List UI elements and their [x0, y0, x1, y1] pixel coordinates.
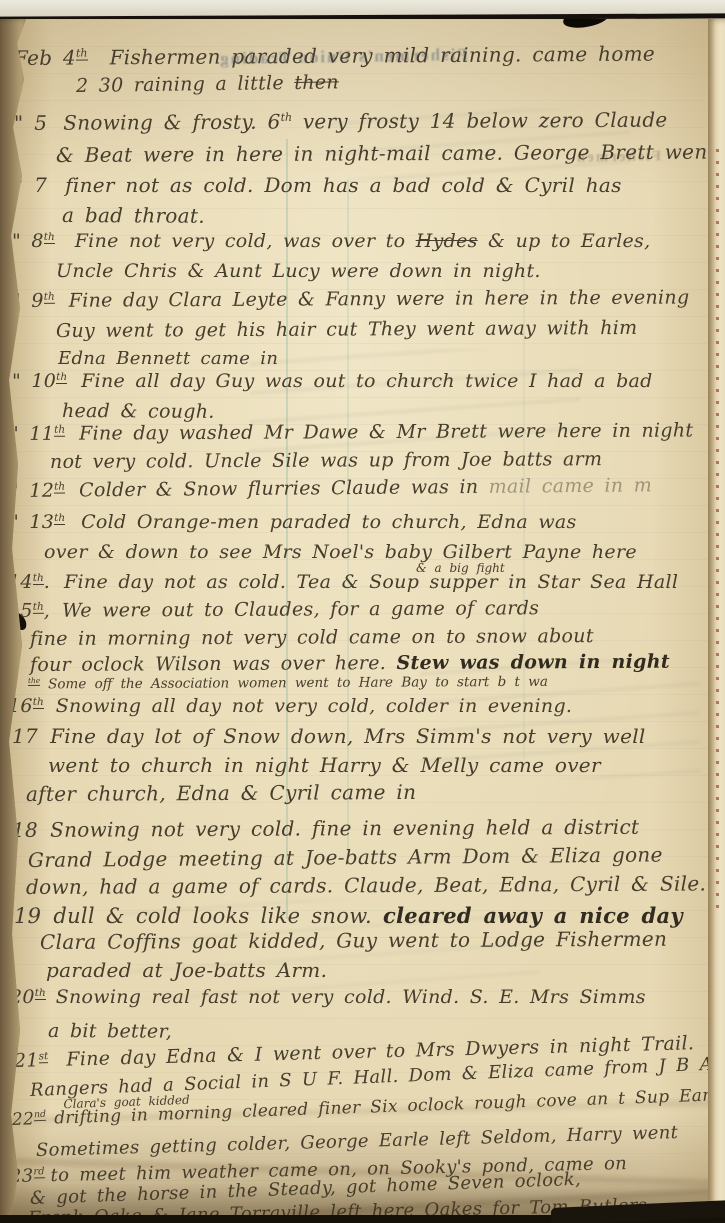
entry-date: " 8th [12, 231, 55, 252]
diary-line-15: not very cold. Uncle Sile was up from Jo… [50, 449, 602, 473]
entry-text: & Beat were in here in night-mail came. … [56, 139, 725, 167]
diary-line-17: " 13thCold Orange-men paraded to church,… [10, 512, 577, 533]
entry-date: 17 [12, 725, 38, 747]
diary-line-22: four oclock Wilson was over here. Stew w… [30, 652, 670, 676]
entry-text: Edna Bennett came in [58, 348, 278, 369]
entry-date: " 11th [10, 424, 65, 445]
entry-text: We were out to Claudes, for a game of ca… [62, 597, 539, 621]
diary-line-25: 17Fine day lot of Snow down, Mrs Simm's … [12, 725, 646, 747]
entry-text: Snowing & frosty. 6th very frosty 14 bel… [63, 108, 667, 135]
diary-line-31: 19dull & cold looks like snow. cleared a… [14, 904, 683, 928]
entry-text: dull & cold looks like snow. cleared awa… [53, 904, 683, 928]
entry-text: Clara Coffins goat kidded, Guy went to L… [40, 927, 667, 954]
entry-text: fine in morning not very cold came on to… [30, 625, 594, 650]
diary-line-30: down, had a game of cards. Claude, Beat,… [26, 872, 706, 898]
diary-line-2: 2 30 raining a little then [76, 72, 339, 97]
entry-text: Fine day Clara Leyte & Fanny were in her… [69, 286, 690, 311]
diary-line-10: Guy went to get his hair cut They went a… [56, 318, 638, 342]
diary-line-27: after church, Edna & Cyril came in [26, 781, 416, 805]
entry-text: Fine day washed Mr Dawe & Mr Brett were … [79, 419, 693, 444]
entry-date: " 5 [14, 112, 47, 134]
entry-date: Feb 4th [14, 46, 88, 69]
entry-text: Snowing not very cold. fine in evening h… [50, 815, 639, 842]
entry-text: Fine day not as cold. Tea & Soup supper … [64, 571, 678, 593]
entry-text: 2 30 raining a little then [76, 71, 339, 97]
entry-date: 19 [14, 905, 41, 928]
entry-date: the [28, 677, 40, 692]
entry-text: Guy went to get his hair cut They went a… [56, 317, 638, 342]
diary-line-13: head & cough. [62, 401, 215, 423]
diary-line-7: " 8thFine not very cold, was over to Hyd… [12, 231, 650, 252]
diary-line-32: Clara Coffins goat kidded, Guy went to L… [40, 928, 667, 953]
entry-text: after church, Edna & Cyril came in [26, 780, 416, 806]
diary-line-3: " 5Snowing & frosty. 6th very frosty 14 … [14, 109, 668, 134]
diary-line-5: " 7finer not as cold. Dom has a bad cold… [14, 174, 622, 196]
diary-line-8: Uncle Chris & Aunt Lucy were down in nig… [56, 261, 541, 282]
entry-text: a bit better, [48, 1020, 172, 1043]
entry-text: Fine day lot of Snow down, Mrs Simm's no… [50, 724, 646, 748]
diary-entries: Feb 4thFishermen paraded very mild raini… [0, 19, 725, 1223]
diary-line-23: theSome off the Association women went t… [28, 674, 548, 692]
diary-line-12: " 10thFine all day Guy was out to church… [12, 371, 653, 392]
diary-line-24: 16thSnowing all day not very cold, colde… [8, 696, 572, 717]
entry-text: Fishermen paraded very mild raining. cam… [109, 42, 655, 70]
entry-text: Uncle Chris & Aunt Lucy were down in nig… [56, 260, 541, 282]
stitch-dots [716, 149, 719, 909]
adjacent-page-edge [708, 19, 725, 1223]
diary-line-19: 14th.Fine day not as cold. Tea & Soup su… [8, 572, 678, 593]
entry-date: " 13th [10, 512, 65, 533]
entry-text: head & cough. [62, 400, 215, 423]
photo-background: Fishermen's Union Trading Fishermen Feb … [0, 0, 725, 1223]
diary-line-16: " 12thColder & Snow flurries Claude was … [10, 475, 652, 501]
entry-text: Snowing all day not very cold, colder in… [56, 695, 573, 717]
entry-text: Grand Lodge meeting at Joe-batts Arm Dom… [28, 842, 663, 872]
entry-text: finer not as cold. Dom has a bad cold & … [65, 173, 621, 197]
diary-line-35: a bit better, [48, 1021, 172, 1043]
entry-text: not very cold. Uncle Sile was up from Jo… [50, 448, 602, 473]
entry-date: " 12th [10, 481, 65, 502]
diary-line-33: paraded at Joe-batts Arm. [46, 959, 327, 981]
diary-line-9: " 9thFine day Clara Leyte & Fanny were i… [12, 287, 689, 311]
entry-text: Cold Orange-men paraded to church, Edna … [81, 511, 577, 533]
entry-text: four oclock Wilson was over here. Stew w… [30, 651, 670, 676]
entry-text: went to church in night Harry & Melly ca… [48, 753, 601, 777]
entry-text: paraded at Joe-batts Arm. [46, 958, 327, 982]
diary-line-20: 15th,We were out to Claudes, for a game … [8, 598, 539, 622]
diary-line-18: over & down to see Mrs Noel's baby Gilbe… [44, 542, 637, 563]
diary-line-1: Feb 4thFishermen paraded very mild raini… [14, 43, 655, 69]
diary-line-11: Edna Bennett came in [58, 349, 278, 369]
diary-line-4: & Beat were in here in night-mail came. … [56, 140, 725, 166]
entry-text: Fine all day Guy was out to church twice… [81, 370, 653, 392]
diary-line-21: fine in morning not very cold came on to… [30, 626, 594, 650]
entry-text: Fine not very cold, was over to Hydes & … [75, 230, 651, 252]
entry-text: Colder & Snow flurries Claude was in mai… [79, 474, 652, 501]
diary-line-26: went to church in night Harry & Melly ca… [48, 754, 601, 776]
entry-text: over & down to see Mrs Noel's baby Gilbe… [44, 541, 637, 563]
diary-page: Fishermen's Union Trading Fishermen Feb … [0, 19, 725, 1223]
entry-text: a bad throat. [62, 203, 205, 228]
diary-line-6: a bad throat. [62, 204, 205, 227]
entry-text: down, had a game of cards. Claude, Beat,… [26, 871, 706, 899]
diary-line-28: 18Snowing not very cold. fine in evening… [12, 816, 639, 841]
entry-date: " 10th [12, 371, 67, 392]
diary-line-29: Grand Lodge meeting at Joe-batts Arm Dom… [28, 843, 663, 871]
entry-text: Snowing real fast not very cold. Wind. S… [56, 986, 646, 1008]
entry-date: 21st [14, 1050, 49, 1072]
diary-line-34: 20thSnowing real fast not very cold. Win… [10, 987, 646, 1008]
diary-line-14: " 11thFine day washed Mr Dawe & Mr Brett… [10, 420, 693, 444]
inserted-note: & a big fight [416, 562, 505, 575]
entry-text: Some off the Association women went to H… [48, 674, 548, 693]
